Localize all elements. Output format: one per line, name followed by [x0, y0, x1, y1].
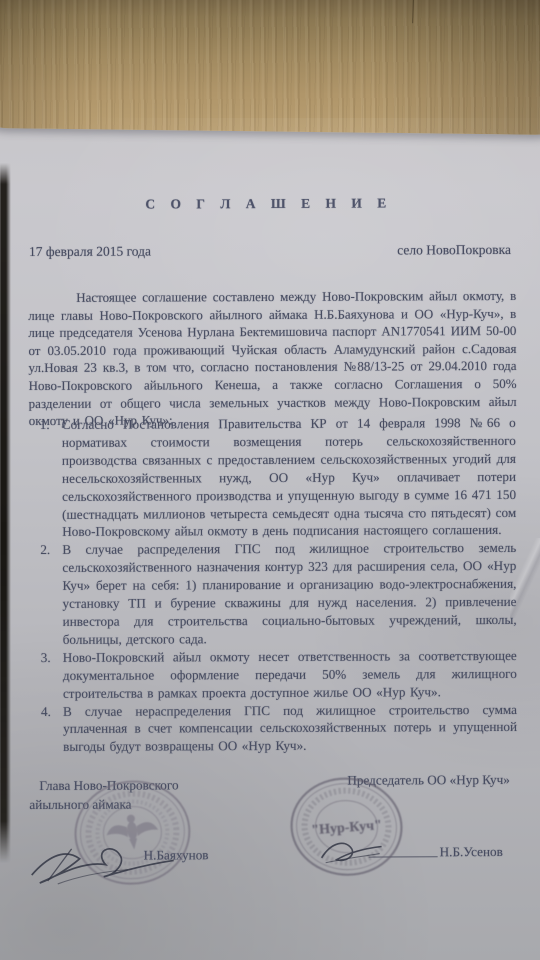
clause-item: 1. Согласно Постановления Правительства …: [42, 414, 517, 541]
clause-number: 4.: [41, 702, 51, 720]
clause-text: Согласно Постановления Правительства КР …: [62, 415, 516, 539]
clause-item: 3. Ново-Покровский айыл окмоту несет отв…: [43, 647, 517, 703]
document-date: 17 февраля 2015 года: [29, 244, 151, 261]
clause-text: В случае нераспределения ГПС под жилищно…: [63, 701, 517, 754]
photographed-document: С О Г Л А Ш Е Н И Е 17 февраля 2015 года…: [0, 0, 540, 960]
clause-list: 1. Согласно Постановления Правительства …: [42, 414, 517, 756]
intro-paragraph: Настоящее соглашение составлено между Но…: [28, 287, 517, 430]
document-title: С О Г Л А Ш Е Н И Е: [0, 195, 539, 213]
right-signature-scribble: [316, 835, 388, 867]
clause-text: В случае распределения ГПС под жилищное …: [62, 540, 516, 647]
clause-item: 4. В случае нераспределения ГПС под жили…: [43, 700, 517, 756]
right-signatory-name: Н.Б.Усенов: [440, 844, 503, 860]
left-signature-scribble: [28, 830, 180, 889]
clause-item: 2. В случае распределения ГПС под жилищн…: [42, 539, 516, 649]
clause-number: 1.: [40, 416, 50, 434]
clause-text: Ново-Покровский айыл окмоту несет ответс…: [63, 648, 517, 701]
clause-number: 3.: [41, 649, 51, 667]
document-content: С О Г Л А Ш Е Н И Е 17 февраля 2015 года…: [0, 0, 540, 960]
document-place: село НовоПокровка: [397, 242, 511, 258]
dateline: 17 февраля 2015 года село НовоПокровка: [29, 242, 511, 260]
clause-number: 2.: [40, 541, 50, 559]
